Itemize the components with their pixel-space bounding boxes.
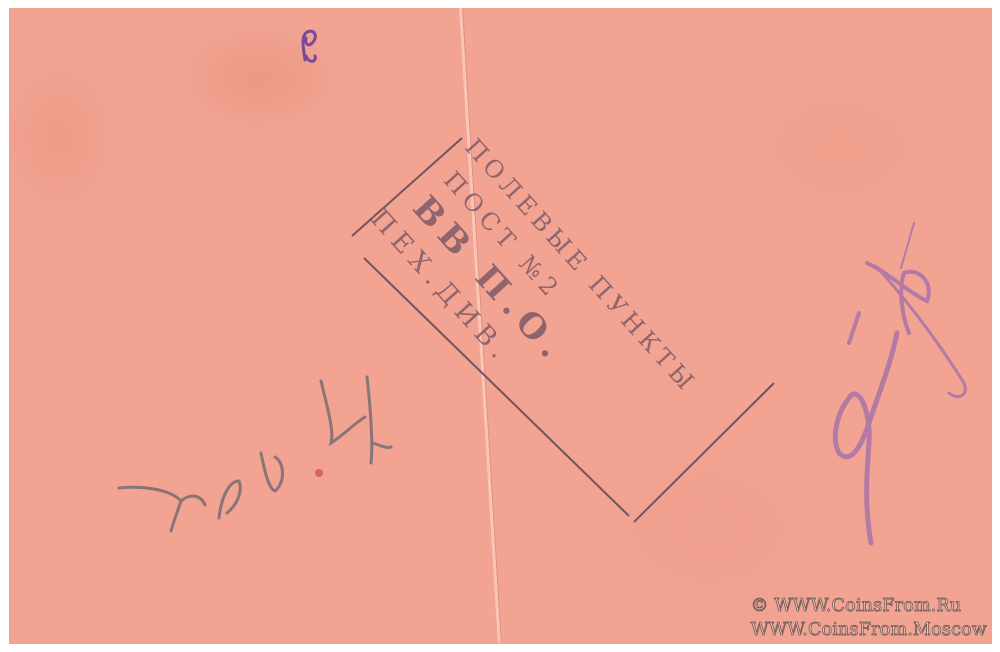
handwritten-mark-top: Р bbox=[297, 26, 327, 74]
banknote-paper: Р ПОЛЕВЫЕ ПУНКТЫ ПОСТ №2 ВВ П.О. ПЕХ.ДИВ… bbox=[9, 8, 992, 644]
watermark: © WWW.CoinsFrom.Ru WWW.CoinsFrom.Moscow bbox=[751, 594, 987, 642]
watermark-line-1: © WWW.CoinsFrom.Ru bbox=[751, 594, 987, 618]
ink-dot bbox=[315, 469, 323, 477]
watermark-line-2: WWW.CoinsFrom.Moscow bbox=[751, 618, 987, 642]
signature: signature bbox=[809, 223, 989, 567]
stamp: ПОЛЕВЫЕ ПУНКТЫ ПОСТ №2 ВВ П.О. ПЕХ.ДИВ. bbox=[344, 118, 784, 528]
stamp-icon: ПОЛЕВЫЕ ПУНКТЫ ПОСТ №2 ВВ П.О. ПЕХ.ДИВ. bbox=[344, 118, 784, 528]
pencil-note: ЯГ №54 bbox=[109, 373, 399, 547]
